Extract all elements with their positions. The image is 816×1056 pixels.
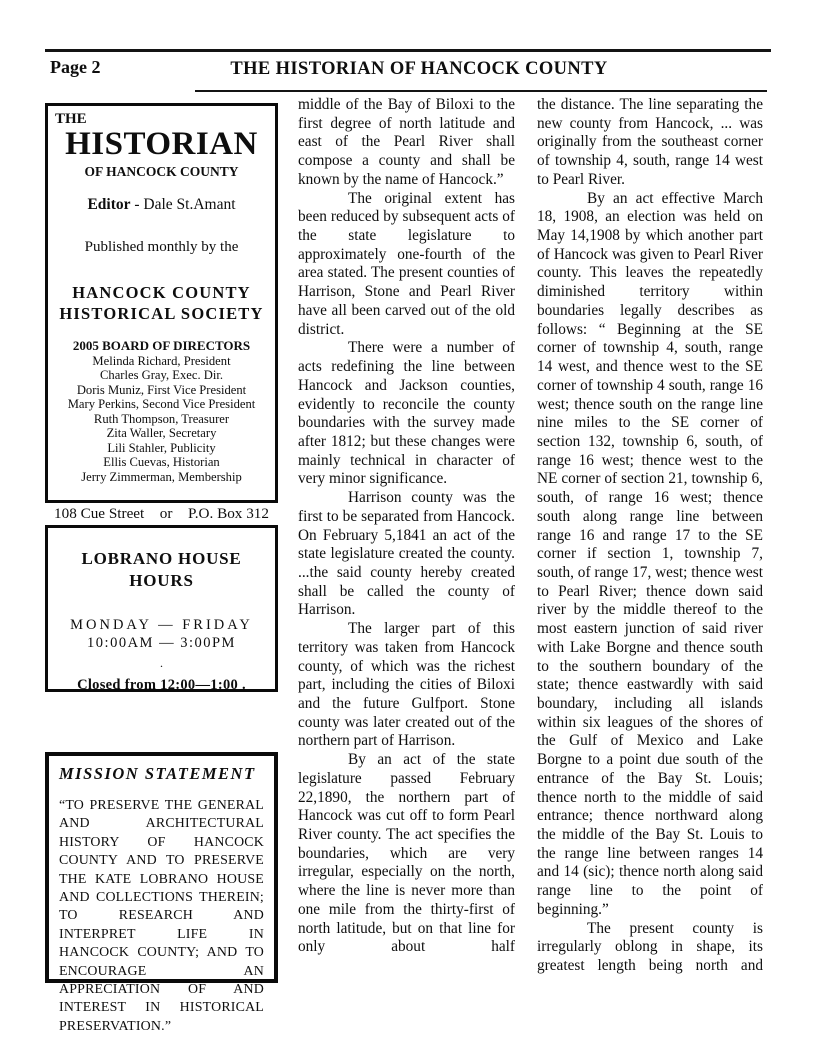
address-line: 108 Cue StreetorP.O. Box 312 (54, 504, 269, 524)
board-member: Charles Gray, Exec. Dir. (48, 368, 275, 383)
article-paragraph: The larger part of this territory was ta… (298, 620, 515, 751)
masthead-subtitle: OF HANCOCK COUNTY (48, 164, 275, 180)
board-member: Doris Muniz, First Vice President (48, 383, 275, 398)
article-paragraph: middle of the Bay of Biloxi to the first… (298, 96, 515, 190)
header-top-rule (45, 49, 771, 52)
hours-title-line1: LOBRANO HOUSE (48, 548, 275, 570)
editor-name: - Dale St.Amant (131, 196, 236, 213)
published-line: Published monthly by the (48, 239, 275, 256)
board-heading: 2005 BOARD OF DIRECTORS (48, 338, 275, 354)
board-member: Melinda Richard, President (48, 354, 275, 369)
hours-title-line2: HOURS (48, 570, 275, 592)
address-segment: or (160, 504, 173, 524)
article-paragraph: the distance. The line separating the ne… (537, 96, 763, 190)
article-paragraph: By an act of the state legislature passe… (298, 751, 515, 957)
hours-days: MONDAY — FRIDAY (48, 617, 275, 634)
board-member: Lili Stahler, Publicity (48, 441, 275, 456)
page-number-label: Page 2 (50, 57, 100, 78)
article-paragraph: There were a number of acts redefining t… (298, 339, 515, 489)
mission-box: MISSION STATEMENT “TO PRESERVE THE GENER… (45, 752, 278, 983)
mission-heading: MISSION STATEMENT (59, 764, 264, 784)
editor-line: Editor - Dale St.Amant (48, 196, 275, 214)
article-paragraph: By an act effective March 18, 1908, an e… (537, 190, 763, 920)
column-middle: middle of the Bay of Biloxi to the first… (298, 96, 515, 957)
newsletter-title: THE HISTORIAN OF HANCOCK COUNTY (158, 59, 680, 80)
editor-label: Editor (87, 196, 130, 213)
hours-box: LOBRANO HOUSE HOURS MONDAY — FRIDAY 10:0… (45, 525, 278, 692)
board-member: Mary Perkins, Second Vice President (48, 397, 275, 412)
masthead-box: THE HISTORIAN OF HANCOCK COUNTY Editor -… (45, 103, 278, 503)
society-line1: HANCOCK COUNTY (48, 282, 275, 303)
board-list: Melinda Richard, PresidentCharles Gray, … (48, 354, 275, 485)
hours-title: LOBRANO HOUSE HOURS (48, 548, 275, 592)
article-paragraph: Harrison county was the first to be sepa… (298, 489, 515, 620)
masthead-title: HISTORIAN (48, 128, 275, 162)
address-segment: P.O. Box 312 (188, 504, 269, 524)
article-paragraph: The present county is irregularly oblong… (537, 920, 763, 976)
hours-closed-note: Closed from 12:00—1:00 . (48, 677, 275, 694)
column-right: the distance. The line separating the ne… (537, 96, 763, 976)
hours-times: 10:00AM — 3:00PM (48, 635, 275, 652)
article-paragraph: The original extent has been reduced by … (298, 190, 515, 340)
header-bottom-rule (195, 90, 767, 92)
board-member: Zita Waller, Secretary (48, 426, 275, 441)
board-member: Jerry Zimmerman, Membership (48, 470, 275, 485)
mission-text: “TO PRESERVE THE GENERAL AND ARCHITECTUR… (59, 797, 264, 1036)
board-member: Ruth Thompson, Treasurer (48, 412, 275, 427)
board-member: Ellis Cuevas, Historian (48, 455, 275, 470)
society-name: HANCOCK COUNTY HISTORICAL SOCIETY (48, 282, 275, 324)
address-segment: 108 Cue Street (54, 504, 144, 524)
newsletter-page: Page 2 THE HISTORIAN OF HANCOCK COUNTY T… (0, 0, 816, 1056)
society-line2: HISTORICAL SOCIETY (48, 303, 275, 324)
hours-dot: . (48, 659, 275, 668)
